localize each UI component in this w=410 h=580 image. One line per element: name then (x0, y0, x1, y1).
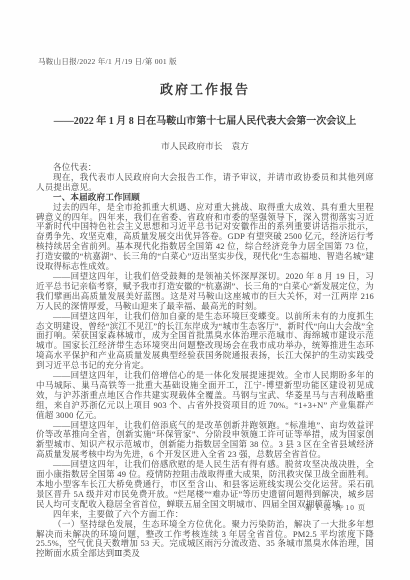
body-paragraph: ——回望这四年，让我们倍添底气的是改革创新并跑领跑。“标准地”、亩均效益评价等改… (36, 421, 374, 461)
body-paragraph: ——回望这四年，让我们倍增信心的是一体化发展提速提效。全市人民期盼多年的中马城际… (36, 371, 374, 421)
body-paragraph: （一）坚持绿色发展，生态环境全方位优化。聚力污染防治，解决了一大批多年想解决而未… (36, 520, 374, 560)
body-paragraph: ——回望这四年，让我们倍加自豪的是生态环境巨变蝶变。以前所未有的力度抓生态文明建… (36, 312, 374, 371)
report-subtitle: ——2022 年 1 月 8 日在马鞍山市第十七届人民代表大会第一次会议上 (36, 112, 374, 127)
body-paragraph: 过去的四年，是全市抢抓重大机遇、应对重大挑战、取得重大成效、具有重大里程碑意义的… (36, 203, 374, 272)
report-body: 各位代表： 现在，我代表市人民政府向大会报告工作，请予审议，并请市政协委员和其他… (36, 163, 374, 559)
page-number: 第 1 页 共 10 页 (305, 503, 366, 513)
newspaper-masthead: 马鞍山日报/2022 年/1 月/19 日/第 001 版 (38, 56, 374, 67)
body-paragraph: 现在，我代表市人民政府向大会报告工作，请予审议，并请市政协委员和其他列席人员提出… (36, 173, 374, 193)
document-page: 马鞍山日报/2022 年/1 月/19 日/第 001 版 政府工作报告 ——2… (0, 0, 410, 580)
body-paragraph: ——回望这四年，让我们倍受鼓舞的是领袖关怀深厚深切。2020 年 8 月 19 … (36, 272, 374, 312)
report-title: 政府工作报告 (36, 79, 374, 98)
author-byline: 市人民政府市长 袁方 (36, 139, 374, 152)
